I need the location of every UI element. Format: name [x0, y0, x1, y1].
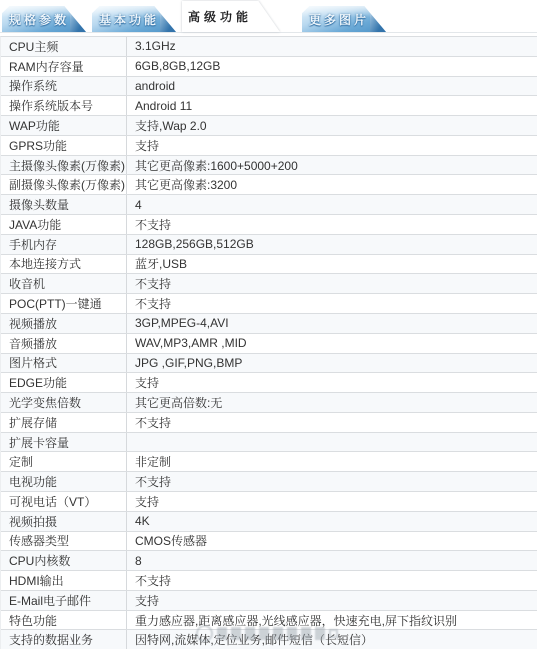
table-row: 音频播放 WAV,MP3,AMR ,MID [1, 334, 537, 354]
table-row: 主摄像头像素(万像素) 其它更高像素:1600+5000+200 [1, 156, 537, 176]
spec-value: 3GP,MPEG-4,AVI [127, 314, 537, 333]
tab-advanced-features[interactable]: 高级功能 [182, 1, 280, 32]
spec-label: 视频拍摄 [1, 512, 127, 531]
tab-advanced-features-wrap: 高级功能 [182, 1, 280, 32]
table-row: 定制 非定制 [1, 452, 537, 472]
table-row: 传感器类型 CMOS传感器 [1, 532, 537, 552]
spec-value: 不支持 [127, 215, 537, 234]
table-row: HDMI输出 不支持 [1, 571, 537, 591]
spec-label: 音频播放 [1, 334, 127, 353]
spec-value: 6GB,8GB,12GB [127, 57, 537, 76]
spec-value: CMOS传感器 [127, 532, 537, 551]
table-row: 光学变焦倍数 其它更高倍数:无 [1, 393, 537, 413]
spec-page: 规格参数 基本功能 高级功能 更多图片 CPU主频 3.1GHz RAM内存容量… [0, 0, 537, 650]
spec-value: 支持 [127, 492, 537, 511]
spec-label: 扩展存储 [1, 413, 127, 432]
spec-value: 其它更高像素:3200 [127, 175, 537, 194]
spec-label: 收音机 [1, 274, 127, 293]
tab-more-images[interactable]: 更多图片 [302, 6, 386, 32]
spec-label: 摄像头数量 [1, 195, 127, 214]
table-row: EDGE功能 支持 [1, 373, 537, 393]
spec-value: Android 11 [127, 96, 537, 115]
table-row: WAP功能 支持,Wap 2.0 [1, 116, 537, 136]
tab-label: 高级功能 [188, 8, 252, 25]
table-row: 手机内存 128GB,256GB,512GB [1, 235, 537, 255]
table-row: 特色功能 重力感应器,距离感应器,光线感应器，快速充电,屏下指纹识别 [1, 611, 537, 631]
spec-table: CPU主频 3.1GHz RAM内存容量 6GB,8GB,12GB 操作系统 a… [0, 36, 537, 649]
spec-value: 128GB,256GB,512GB [127, 235, 537, 254]
spec-label: 特色功能 [1, 611, 127, 630]
tab-basic-features[interactable]: 基本功能 [92, 6, 176, 32]
spec-value: 支持 [127, 591, 537, 610]
spec-label: 本地连接方式 [1, 255, 127, 274]
spec-value: 不支持 [127, 472, 537, 491]
tab-spec-params[interactable]: 规格参数 [2, 6, 86, 32]
tab-label: 更多图片 [309, 11, 369, 28]
spec-value: 8 [127, 551, 537, 570]
table-row: 图片格式 JPG ,GIF,PNG,BMP [1, 354, 537, 374]
spec-label: 扩展卡容量 [1, 433, 127, 452]
spec-value: 其它更高倍数:无 [127, 393, 537, 412]
table-row: 电视功能 不支持 [1, 472, 537, 492]
spec-label: JAVA功能 [1, 215, 127, 234]
spec-value: 其它更高像素:1600+5000+200 [127, 156, 537, 175]
spec-label: CPU内核数 [1, 551, 127, 570]
table-row: 视频播放 3GP,MPEG-4,AVI [1, 314, 537, 334]
table-row: 可视电话（VT） 支持 [1, 492, 537, 512]
spec-value: 支持 [127, 136, 537, 155]
spec-label: 光学变焦倍数 [1, 393, 127, 412]
table-row: 摄像头数量 4 [1, 195, 537, 215]
spec-value: 4 [127, 195, 537, 214]
table-row: 操作系统 android [1, 77, 537, 97]
spec-label: 主摄像头像素(万像素) [1, 156, 127, 175]
spec-label: POC(PTT)一键通 [1, 294, 127, 313]
spec-label: RAM内存容量 [1, 57, 127, 76]
spec-label: 支持的数据业务 [1, 630, 127, 649]
spec-label: CPU主频 [1, 37, 127, 56]
spec-label: 手机内存 [1, 235, 127, 254]
spec-label: 视频播放 [1, 314, 127, 333]
spec-label: HDMI输出 [1, 571, 127, 590]
spec-value: 蓝牙,USB [127, 255, 537, 274]
spec-label: 可视电话（VT） [1, 492, 127, 511]
tab-bar: 规格参数 基本功能 高级功能 更多图片 [0, 0, 537, 33]
table-row: 扩展存储 不支持 [1, 413, 537, 433]
spec-value: 4K [127, 512, 537, 531]
spec-label: 定制 [1, 452, 127, 471]
table-row: 收音机 不支持 [1, 274, 537, 294]
spec-value: JPG ,GIF,PNG,BMP [127, 354, 537, 373]
spec-value: 重力感应器,距离感应器,光线感应器，快速充电,屏下指纹识别 [127, 611, 537, 630]
spec-value: 不支持 [127, 413, 537, 432]
table-row: 扩展卡容量 [1, 433, 537, 453]
table-row: POC(PTT)一键通 不支持 [1, 294, 537, 314]
spec-value: 支持 [127, 373, 537, 392]
spec-label: GPRS功能 [1, 136, 127, 155]
spec-value: 非定制 [127, 452, 537, 471]
spec-label: E-Mail电子邮件 [1, 591, 127, 610]
spec-label: 图片格式 [1, 354, 127, 373]
spec-label: 操作系统 [1, 77, 127, 96]
spec-value: 不支持 [127, 571, 537, 590]
spec-value: 不支持 [127, 274, 537, 293]
spec-value: 3.1GHz [127, 37, 537, 56]
spec-value [127, 433, 537, 452]
table-row: CPU内核数 8 [1, 551, 537, 571]
table-row: GPRS功能 支持 [1, 136, 537, 156]
spec-label: 副摄像头像素(万像素) [1, 175, 127, 194]
tab-label: 基本功能 [99, 11, 159, 28]
table-row: CPU主频 3.1GHz [1, 37, 537, 57]
table-row: 操作系统版本号 Android 11 [1, 96, 537, 116]
tab-label: 规格参数 [9, 11, 69, 28]
spec-value: 因特网,流媒体,定位业务,邮件短信（长短信） [127, 630, 537, 649]
spec-label: EDGE功能 [1, 373, 127, 392]
table-row: 支持的数据业务 因特网,流媒体,定位业务,邮件短信（长短信） [1, 630, 537, 649]
spec-value: 不支持 [127, 294, 537, 313]
table-row: JAVA功能 不支持 [1, 215, 537, 235]
table-row: 视频拍摄 4K [1, 512, 537, 532]
table-row: E-Mail电子邮件 支持 [1, 591, 537, 611]
table-row: 副摄像头像素(万像素) 其它更高像素:3200 [1, 175, 537, 195]
table-row: 本地连接方式 蓝牙,USB [1, 255, 537, 275]
spec-value: 支持,Wap 2.0 [127, 116, 537, 135]
table-row: RAM内存容量 6GB,8GB,12GB [1, 57, 537, 77]
spec-label: 电视功能 [1, 472, 127, 491]
spec-value: WAV,MP3,AMR ,MID [127, 334, 537, 353]
spec-label: 操作系统版本号 [1, 96, 127, 115]
spec-value: android [127, 77, 537, 96]
spec-label: 传感器类型 [1, 532, 127, 551]
spec-label: WAP功能 [1, 116, 127, 135]
